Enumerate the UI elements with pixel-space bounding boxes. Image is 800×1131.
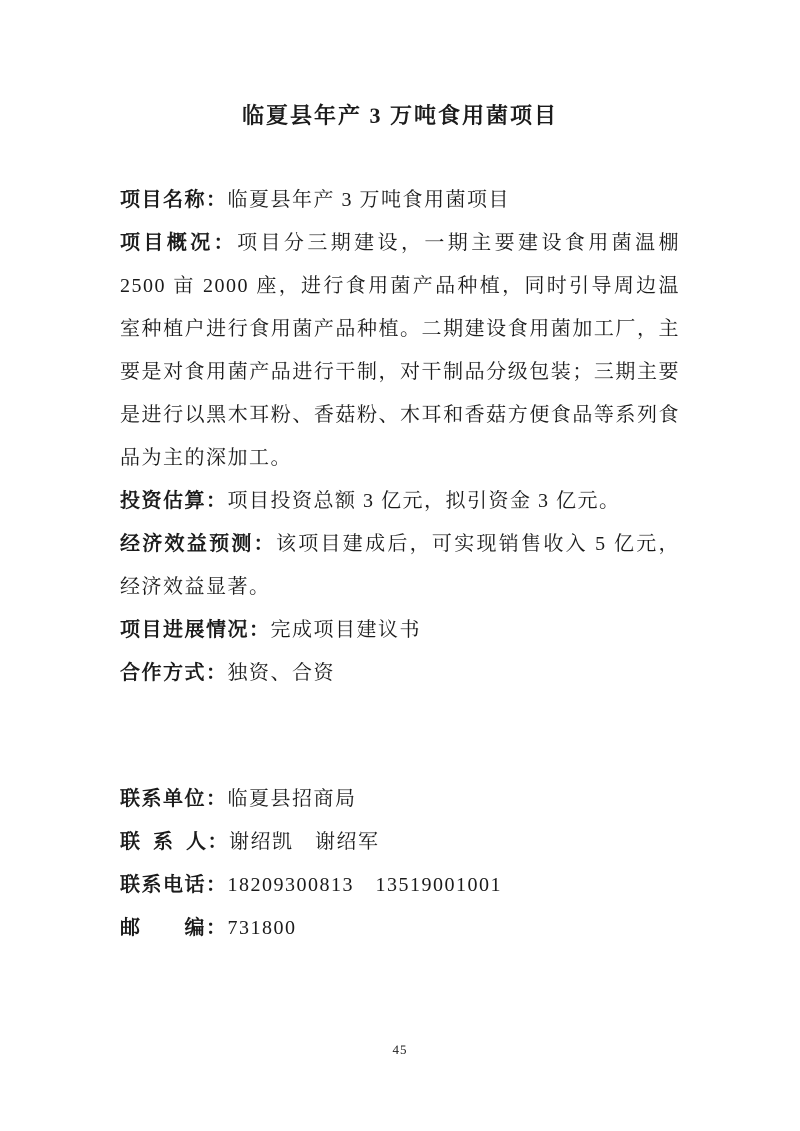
field-project-progress: 项目进展情况：完成项目建议书 [120,609,680,652]
field-label: 合作方式： [120,662,228,684]
field-project-overview: 项目概况：项目分三期建设，一期主要建设食用菌温棚 2500 亩 2000 座，进… [120,222,680,480]
contact-person: 联 系 人：谢绍凯 谢绍军 [120,821,680,864]
contact-postcode: 邮 编：731800 [120,907,680,950]
field-economic-benefit: 经济效益预测：该项目建成后，可实现销售收入 5 亿元，经济效益显著。 [120,523,680,609]
field-value: 独资、合资 [228,662,336,684]
document-page: 临夏县年产 3 万吨食用菌项目 项目名称：临夏县年产 3 万吨食用菌项目 项目概… [0,0,800,1131]
field-value: 临夏县招商局 [228,788,357,810]
field-label: 经济效益预测： [120,533,276,555]
field-value: 完成项目建议书 [271,619,422,641]
contact-phone: 联系电话：18209300813 13519001001 [120,864,680,907]
field-project-name: 项目名称：临夏县年产 3 万吨食用菌项目 [120,179,680,222]
field-value: 谢绍凯 谢绍军 [229,831,380,853]
field-value: 731800 [228,917,297,939]
field-label: 项目进展情况： [120,619,271,641]
field-label: 联 系 人： [120,831,229,853]
field-label: 联系单位： [120,788,228,810]
document-title: 临夏县年产 3 万吨食用菌项目 [0,103,800,129]
field-value: 项目分三期建设，一期主要建设食用菌温棚 2500 亩 2000 座，进行食用菌产… [120,232,680,469]
field-label: 邮 编： [120,917,228,939]
field-value: 临夏县年产 3 万吨食用菌项目 [228,189,511,211]
field-label: 项目名称： [120,189,228,211]
document-body: 项目名称：临夏县年产 3 万吨食用菌项目 项目概况：项目分三期建设，一期主要建设… [120,179,680,950]
field-label: 项目概况： [120,232,237,254]
contact-unit: 联系单位：临夏县招商局 [120,778,680,821]
field-value: 项目投资总额 3 亿元，拟引资金 3 亿元。 [228,490,621,512]
field-label: 投资估算： [120,490,228,512]
page-number: 45 [0,1042,800,1058]
field-value: 18209300813 13519001001 [228,874,503,896]
field-cooperation-mode: 合作方式：独资、合资 [120,652,680,695]
field-investment-estimate: 投资估算：项目投资总额 3 亿元，拟引资金 3 亿元。 [120,480,680,523]
field-label: 联系电话： [120,874,228,896]
contact-section: 联系单位：临夏县招商局 联 系 人：谢绍凯 谢绍军 联系电话：182093008… [120,778,680,950]
